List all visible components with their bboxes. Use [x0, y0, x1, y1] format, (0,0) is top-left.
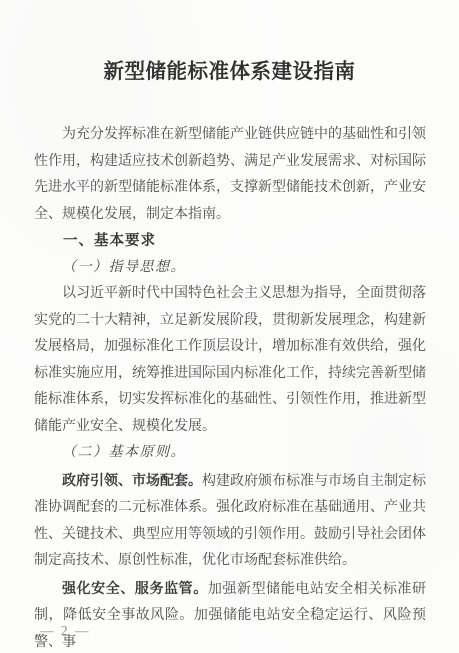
document-page: 新型储能标准体系建设指南 为充分发挥标准在新型储能产业链供应链中的基础性和引领性… [0, 0, 459, 653]
document-body: 为充分发挥标准在新型储能产业链供应链中的基础性和引领性作用，构建适应技术创新趋势… [34, 122, 426, 653]
document-title: 新型储能标准体系建设指南 [0, 0, 459, 88]
intro-paragraph: 为充分发挥标准在新型储能产业链供应链中的基础性和引领性作用，构建适应技术创新趋势… [34, 122, 426, 228]
subsection-heading-guiding-thought: （一）指导思想。 [34, 255, 426, 282]
guiding-thought-paragraph: 以习近平新时代中国特色社会主义思想为指导，全面贯彻落实党的二十大精神，立足新发展… [34, 281, 426, 440]
principle-paragraph-government-market: 政府引领、市场配套。构建政府颁布标准与市场自主制定标准协调配套的二元标准体系。强… [34, 467, 426, 575]
page-number: — 2 — [40, 623, 91, 639]
principle-lead-safety-supervision: 强化安全、服务监管。 [62, 580, 208, 596]
principle-paragraph-safety-supervision: 强化安全、服务监管。加强新型储能电站安全相关标准研制，降低安全事故风险。加强储能… [34, 575, 426, 653]
principle-lead-government-market: 政府引领、市场配套。 [62, 472, 202, 488]
subsection-heading-basic-principles: （二）基本原则。 [34, 440, 426, 467]
section-heading-basic-requirements: 一、基本要求 [34, 228, 426, 255]
